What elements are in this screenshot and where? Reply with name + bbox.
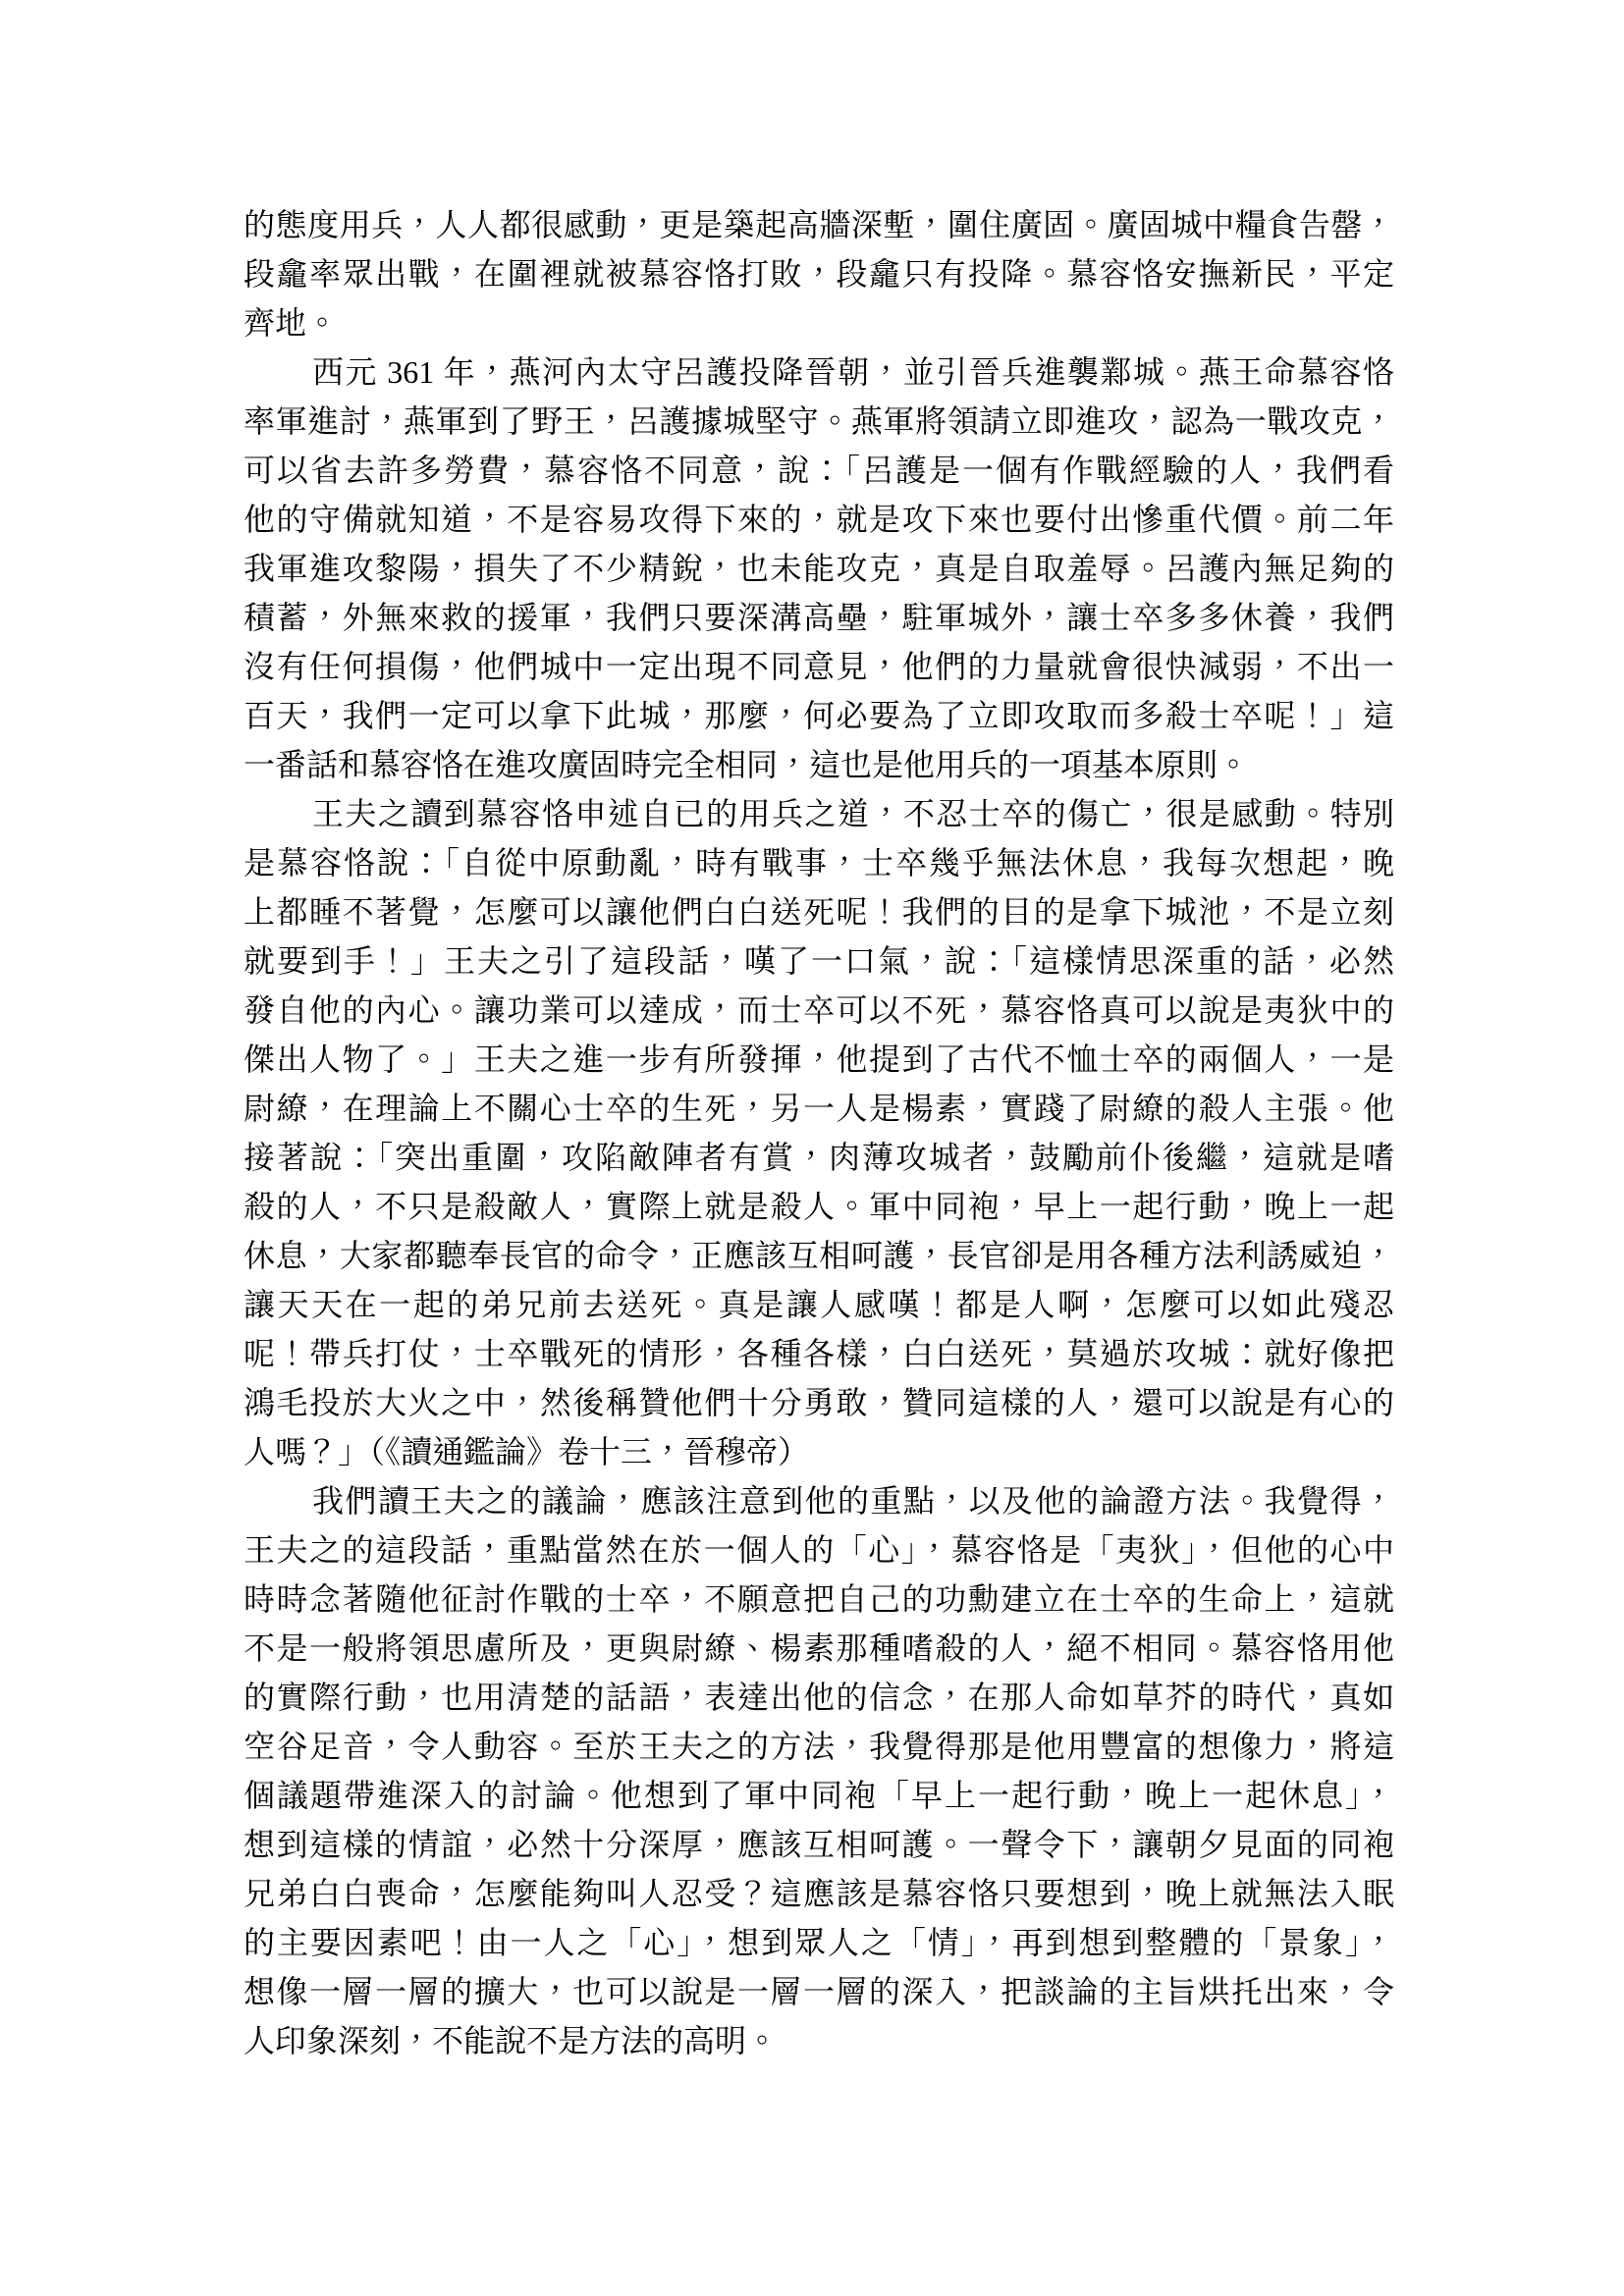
text-line: 發自他的內心。讓功業可以達成，而士卒可以不死，慕容恪真可以說是夷狄中的 xyxy=(244,986,1394,1035)
text-line: 傑出人物了。」王夫之進一步有所發揮，他提到了古代不恤士卒的兩個人，一是 xyxy=(244,1035,1394,1084)
text-line: 沒有任何損傷，他們城中一定出現不同意見，他們的力量就會很快減弱，不出一 xyxy=(244,642,1394,691)
text-line: 就要到手！」王夫之引了這段話，嘆了一口氣，說：「這樣情思深重的話，必然 xyxy=(244,936,1394,986)
text-line: 呢！帶兵打仗，士卒戰死的情形，各種各樣，白白送死，莫過於攻城：就好像把 xyxy=(244,1329,1394,1378)
text-line: 讓天天在一起的弟兄前去送死。真是讓人感嘆！都是人啊，怎麼可以如此殘忍 xyxy=(244,1280,1394,1329)
text-line: 兄弟白白喪命，怎麼能夠叫人忍受？這應該是慕容恪只要想到，晚上就無法入眠 xyxy=(244,1869,1394,1918)
document-body: 的態度用兵，人人都很感動，更是築起高牆深塹，圍住廣固。廣固城中糧食告罄，段龕率眾… xyxy=(244,200,1394,2065)
text-line: 接著說：「突出重圍，攻陷敵陣者有賞，肉薄攻城者，鼓勵前仆後繼，這就是嗜 xyxy=(244,1133,1394,1182)
paragraph: 我們讀王夫之的議論，應該注意到他的重點，以及他的論證方法。我覺得，王夫之的這段話… xyxy=(244,1476,1394,2065)
text-line: 上都睡不著覺，怎麼可以讓他們白白送死呢！我們的目的是拿下城池，不是立刻 xyxy=(244,887,1394,936)
text-line: 鴻毛投於大火之中，然後稱贊他們十分勇敢，贊同這樣的人，還可以說是有心的 xyxy=(244,1378,1394,1427)
text-line: 百天，我們一定可以拿下此城，那麼，何必要為了立即攻取而多殺士卒呢！」這 xyxy=(244,691,1394,740)
text-line: 個議題帶進深入的討論。他想到了軍中同袍「早上一起行動，晚上一起休息」， xyxy=(244,1771,1394,1820)
paragraph: 的態度用兵，人人都很感動，更是築起高牆深塹，圍住廣固。廣固城中糧食告罄，段龕率眾… xyxy=(244,200,1394,347)
paragraph: 西元 361 年，燕河內太守呂護投降晉朝，並引晉兵進襲鄴城。燕王命慕容恪率軍進討… xyxy=(244,347,1394,789)
text-line: 殺的人，不只是殺敵人，實際上就是殺人。軍中同袍，早上一起行動，晚上一起 xyxy=(244,1182,1394,1231)
text-line: 積蓄，外無來救的援軍，我們只要深溝高壘，駐軍城外，讓士卒多多休養，我們 xyxy=(244,593,1394,642)
text-line: 段龕率眾出戰，在圍裡就被慕容恪打敗，段龕只有投降。慕容恪安撫新民，平定 xyxy=(244,249,1394,298)
text-line: 可以省去許多勞費，慕容恪不同意，說：「呂護是一個有作戰經驗的人，我們看 xyxy=(244,446,1394,495)
text-line: 人印象深刻，不能說不是方法的高明。 xyxy=(244,2016,1394,2065)
text-line: 一番話和慕容恪在進攻廣固時完全相同，這也是他用兵的一項基本原則。 xyxy=(244,740,1394,789)
text-line: 想像一層一層的擴大，也可以說是一層一層的深入，把談論的主旨烘托出來，令 xyxy=(244,1967,1394,2016)
text-line: 的實際行動，也用清楚的話語，表達出他的信念，在那人命如草芥的時代，真如 xyxy=(244,1673,1394,1722)
text-line: 是慕容恪說：「自從中原動亂，時有戰事，士卒幾乎無法休息，我每次想起，晚 xyxy=(244,838,1394,887)
text-line: 尉繚，在理論上不關心士卒的生死，另一人是楊素，實踐了尉繚的殺人主張。他 xyxy=(244,1084,1394,1133)
text-line: 時時念著隨他征討作戰的士卒，不願意把自己的功勳建立在士卒的生命上，這就 xyxy=(244,1575,1394,1624)
text-line: 人嗎？」（《讀通鑑論》卷十三，晉穆帝） xyxy=(244,1427,1394,1476)
text-line: 我軍進攻黎陽，損失了不少精銳，也未能攻克，真是自取羞辱。呂護內無足夠的 xyxy=(244,544,1394,593)
text-line: 的態度用兵，人人都很感動，更是築起高牆深塹，圍住廣固。廣固城中糧食告罄， xyxy=(244,200,1394,249)
text-line: 空谷足音，令人動容。至於王夫之的方法，我覺得那是他用豐富的想像力，將這 xyxy=(244,1722,1394,1771)
text-line: 齊地。 xyxy=(244,298,1394,347)
paragraph: 王夫之讀到慕容恪申述自已的用兵之道，不忍士卒的傷亡，很是感動。特別是慕容恪說：「… xyxy=(244,789,1394,1476)
text-line: 西元 361 年，燕河內太守呂護投降晉朝，並引晉兵進襲鄴城。燕王命慕容恪 xyxy=(244,347,1394,397)
text-line: 休息，大家都聽奉長官的命令，正應該互相呵護，長官卻是用各種方法利誘威迫， xyxy=(244,1231,1394,1280)
text-line: 我們讀王夫之的議論，應該注意到他的重點，以及他的論證方法。我覺得， xyxy=(244,1476,1394,1525)
text-line: 想到這樣的情誼，必然十分深厚，應該互相呵護。一聲令下，讓朝夕見面的同袍 xyxy=(244,1820,1394,1869)
text-line: 率軍進討，燕軍到了野王，呂護據城堅守。燕軍將領請立即進攻，認為一戰攻克， xyxy=(244,397,1394,446)
text-line: 王夫之的這段話，重點當然在於一個人的「心」，慕容恪是「夷狄」，但他的心中 xyxy=(244,1525,1394,1575)
text-line: 的主要因素吧！由一人之「心」，想到眾人之「情」，再到想到整體的「景象」， xyxy=(244,1918,1394,1967)
document-page: 的態度用兵，人人都很感動，更是築起高牆深塹，圍住廣固。廣固城中糧食告罄，段龕率眾… xyxy=(0,0,1624,2296)
text-line: 王夫之讀到慕容恪申述自已的用兵之道，不忍士卒的傷亡，很是感動。特別 xyxy=(244,789,1394,838)
text-line: 他的守備就知道，不是容易攻得下來的，就是攻下來也要付出慘重代價。前二年 xyxy=(244,495,1394,544)
text-line: 不是一般將領思慮所及，更與尉繚、楊素那種嗜殺的人，絕不相同。慕容恪用他 xyxy=(244,1624,1394,1673)
